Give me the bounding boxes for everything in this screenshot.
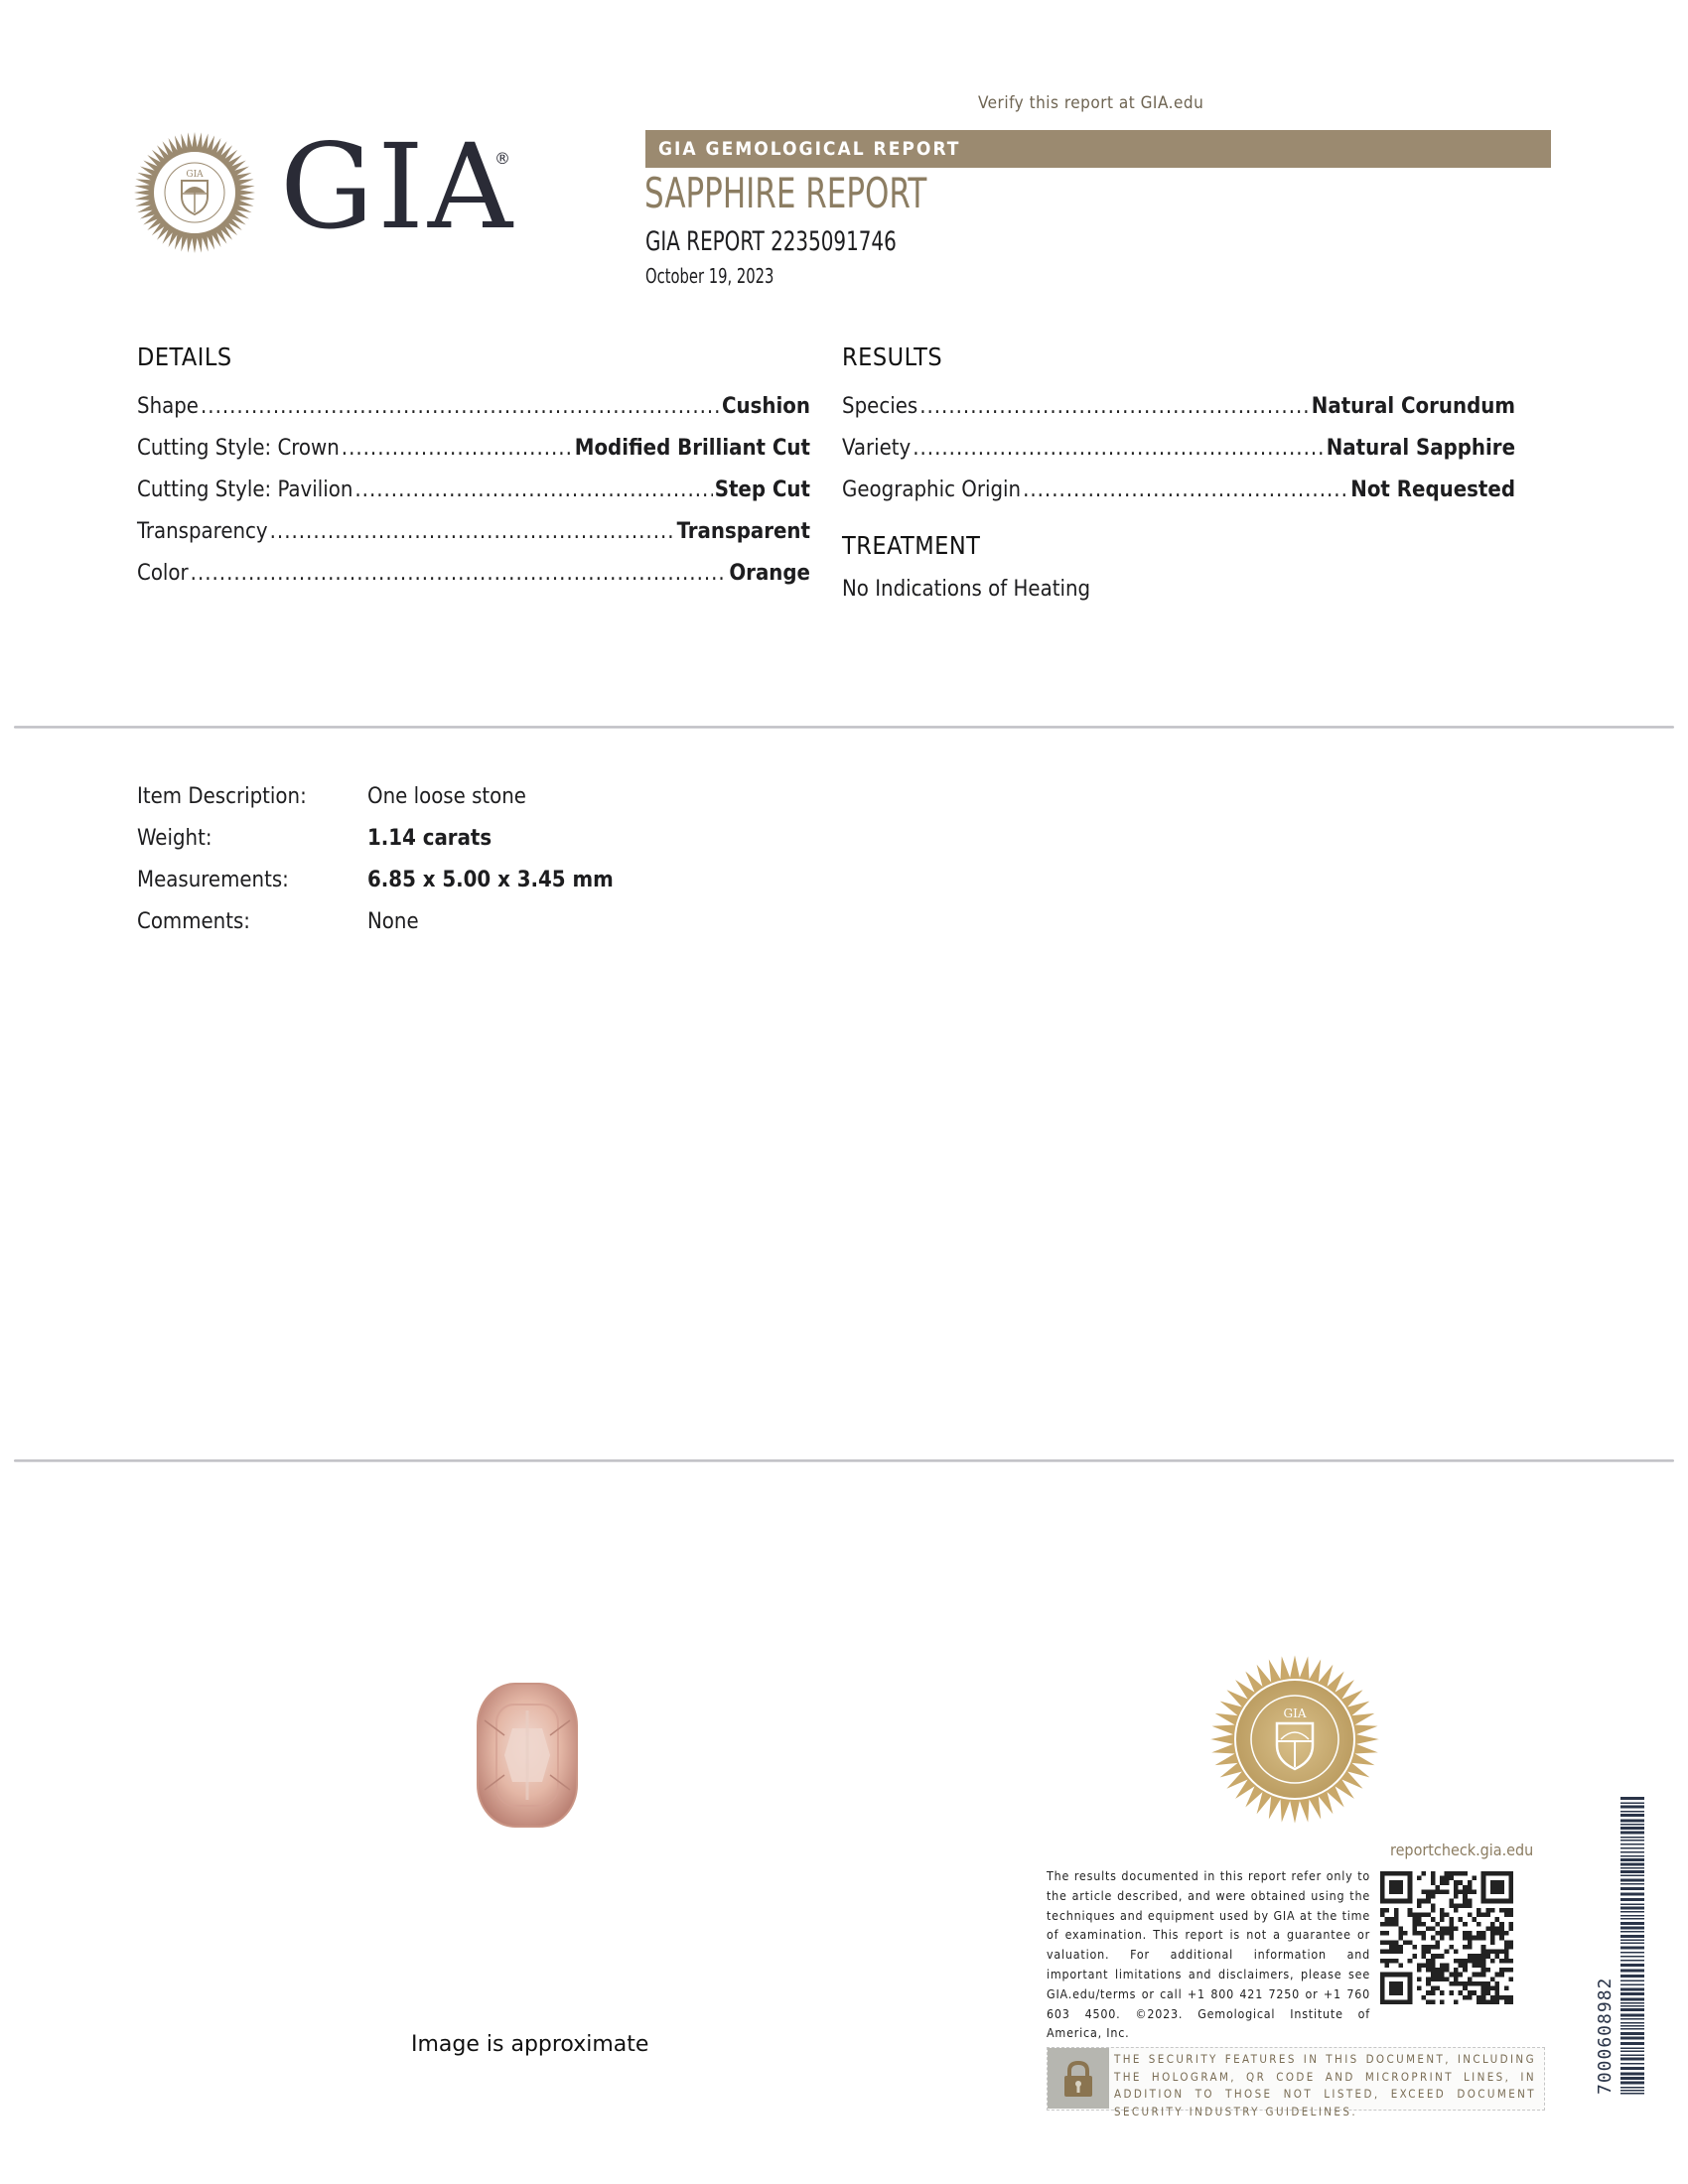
- dot-leader: [191, 561, 728, 586]
- item-info-value: 1.14 carats: [367, 826, 492, 851]
- results-heading: RESULTS: [842, 342, 1515, 394]
- details-row: ColorOrange: [137, 561, 810, 603]
- dot-leader: [201, 394, 720, 419]
- reportcheck-link[interactable]: reportcheck.gia.edu: [1390, 1841, 1533, 1859]
- seal-icon: GIA: [133, 131, 256, 254]
- results-value: Not Requested: [1350, 478, 1515, 502]
- details-value: Orange: [729, 561, 810, 586]
- disclaimer-text: The results documented in this report re…: [1047, 1866, 1370, 2043]
- details-value: Transparent: [677, 519, 810, 544]
- hologram-seal-icon: GIA: [1207, 1652, 1382, 1827]
- details-value: Cushion: [722, 394, 810, 419]
- details-label: Shape: [137, 394, 199, 419]
- item-info-row: Weight:1.14 carats: [137, 826, 614, 868]
- qr-code[interactable]: [1380, 1871, 1513, 2004]
- lock-icon: [1062, 2060, 1094, 2098]
- details-value: Modified Brilliant Cut: [575, 436, 810, 461]
- verify-link[interactable]: Verify this report at GIA.edu: [978, 93, 1203, 113]
- dot-leader: [354, 478, 712, 502]
- dot-leader: [342, 436, 573, 461]
- svg-text:GIA: GIA: [1284, 1706, 1307, 1720]
- results-label: Variety: [842, 436, 911, 461]
- security-notice-text: THE SECURITY FEATURES IN THIS DOCUMENT, …: [1114, 2051, 1536, 2120]
- item-info-section: Item Description:One loose stoneWeight:1…: [137, 784, 614, 951]
- qr-code-icon: [1380, 1871, 1513, 2004]
- details-section: DETAILS ShapeCushionCutting Style: Crown…: [137, 342, 810, 603]
- dot-leader: [913, 436, 1325, 461]
- gia-seal-logo: GIA: [133, 131, 256, 254]
- results-label: Geographic Origin: [842, 478, 1021, 502]
- item-info-label: Comments:: [137, 909, 367, 934]
- barcode-icon: [1620, 1797, 1644, 2095]
- dot-leader: [270, 519, 675, 544]
- svg-text:GIA: GIA: [186, 170, 204, 180]
- results-label: Species: [842, 394, 917, 419]
- results-section: RESULTS SpeciesNatural CorundumVarietyNa…: [842, 342, 1515, 519]
- item-info-value: None: [367, 909, 419, 934]
- details-heading: DETAILS: [137, 342, 810, 394]
- results-value: Natural Sapphire: [1327, 436, 1515, 461]
- section-divider: [14, 726, 1674, 729]
- report-title: SAPPHIRE REPORT: [644, 169, 926, 217]
- details-row: ShapeCushion: [137, 394, 810, 436]
- stone-image: [475, 1681, 580, 1830]
- details-label: Transparency: [137, 519, 268, 544]
- barcode-number: 7000608982: [1595, 1978, 1616, 2095]
- dot-leader: [919, 394, 1310, 419]
- results-row: SpeciesNatural Corundum: [842, 394, 1515, 436]
- item-info-label: Weight:: [137, 826, 367, 851]
- details-row: Cutting Style: Pavilion Step Cut: [137, 478, 810, 519]
- results-row: VarietyNatural Sapphire: [842, 436, 1515, 478]
- item-info-row: Item Description:One loose stone: [137, 784, 614, 826]
- item-info-label: Measurements:: [137, 868, 367, 892]
- item-info-row: Measurements:6.85 x 5.00 x 3.45 mm: [137, 868, 614, 909]
- details-row: Transparency Transparent: [137, 519, 810, 561]
- treatment-heading: TREATMENT: [842, 531, 980, 560]
- results-row: Geographic Origin Not Requested: [842, 478, 1515, 519]
- gia-wordmark: GIA: [280, 127, 516, 246]
- report-number: GIA REPORT 2235091746: [645, 226, 897, 257]
- dot-leader: [1023, 478, 1348, 502]
- item-info-row: Comments:None: [137, 909, 614, 951]
- details-label: Cutting Style: Crown: [137, 436, 340, 461]
- registered-mark: ®: [494, 149, 510, 168]
- treatment-value: No Indications of Heating: [842, 577, 1090, 602]
- report-type-label: GIA GEMOLOGICAL REPORT: [658, 138, 960, 160]
- section-divider: [14, 1459, 1674, 1462]
- details-label: Cutting Style: Pavilion: [137, 478, 352, 502]
- report-date: October 19, 2023: [645, 264, 774, 288]
- details-label: Color: [137, 561, 189, 586]
- hologram-seal: GIA: [1207, 1652, 1382, 1827]
- item-info-value: 6.85 x 5.00 x 3.45 mm: [367, 868, 614, 892]
- results-value: Natural Corundum: [1312, 394, 1515, 419]
- details-value: Step Cut: [715, 478, 810, 502]
- image-caption: Image is approximate: [411, 2032, 648, 2057]
- barcode: [1620, 1797, 1644, 2095]
- details-row: Cutting Style: Crown Modified Brilliant …: [137, 436, 810, 478]
- item-info-value: One loose stone: [367, 784, 526, 809]
- item-info-label: Item Description:: [137, 784, 367, 809]
